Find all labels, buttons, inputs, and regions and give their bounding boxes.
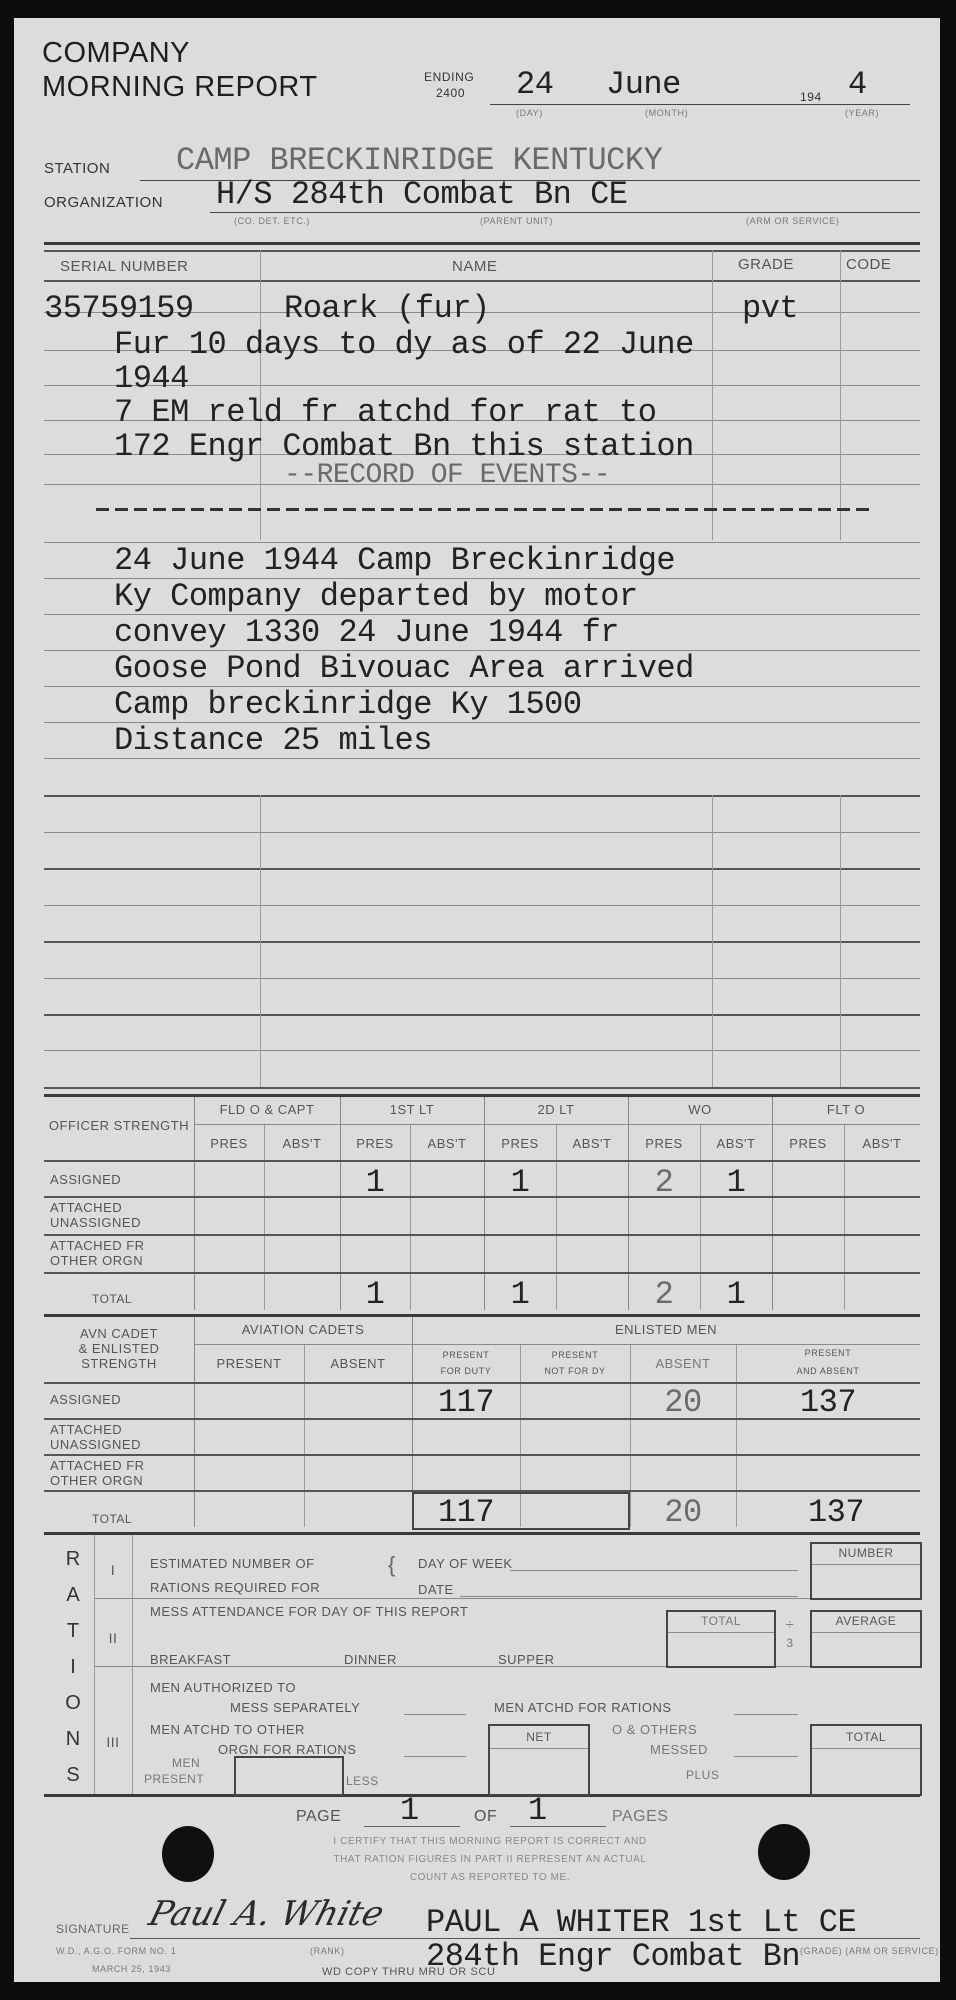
ending-label-top: ENDING bbox=[424, 70, 474, 84]
brace-icon: { bbox=[388, 1552, 396, 1578]
col-present-for-duty-2: FOR DUTY bbox=[412, 1366, 520, 1376]
estimated-rations-label-1: ESTIMATED NUMBER OF bbox=[150, 1556, 315, 1571]
col-divider bbox=[410, 1124, 411, 1310]
report-day: 24 bbox=[516, 66, 553, 103]
divide-by: 3 bbox=[778, 1636, 802, 1650]
certify-line-2: THAT RATION FIGURES IN PART II REPRESENT… bbox=[260, 1854, 720, 1865]
row-assigned: ASSIGNED bbox=[50, 1392, 121, 1407]
officer-table-top bbox=[44, 1094, 920, 1097]
rations-bottom bbox=[44, 1794, 920, 1797]
entries-top-border-inner bbox=[44, 250, 920, 252]
men-present-label-2: PRESENT bbox=[144, 1772, 204, 1786]
rule bbox=[44, 1014, 920, 1016]
subcol-pres: PRES bbox=[772, 1136, 844, 1151]
events-dashed-line bbox=[96, 508, 872, 511]
col-present-for-duty-1: PRESENT bbox=[412, 1350, 520, 1360]
rule bbox=[44, 832, 920, 833]
subcol-abst: ABS'T bbox=[264, 1136, 340, 1151]
col-divider bbox=[844, 1124, 845, 1310]
group-enlisted-men: ENLISTED MEN bbox=[412, 1322, 920, 1337]
col-present-and-absent-1: PRESENT bbox=[736, 1348, 920, 1358]
entry-line: 1944 bbox=[114, 360, 189, 397]
officer-group: 2D LT bbox=[484, 1102, 628, 1117]
less-label: LESS bbox=[346, 1774, 379, 1788]
date-field[interactable] bbox=[460, 1596, 798, 1597]
rations-letter: R bbox=[58, 1548, 88, 1571]
mess-attendance-label: MESS ATTENDANCE FOR DAY OF THIS REPORT bbox=[150, 1604, 468, 1619]
o-others-field[interactable] bbox=[734, 1756, 798, 1757]
part-iii-numeral: III bbox=[94, 1734, 132, 1750]
enlisted-table-top bbox=[44, 1314, 920, 1317]
copy-note: WD COPY THRU MRU OR SCU bbox=[322, 1966, 496, 1978]
rule bbox=[194, 1124, 920, 1125]
col-cadet-present: PRESENT bbox=[194, 1356, 304, 1371]
date-label: DATE bbox=[418, 1582, 454, 1597]
col-present-and-absent-2: AND ABSENT bbox=[736, 1366, 920, 1376]
o-others-label-1: O & OTHERS bbox=[612, 1722, 697, 1737]
signature-label: SIGNATURE bbox=[56, 1922, 130, 1936]
supper-label: SUPPER bbox=[498, 1652, 554, 1667]
page-label: PAGE bbox=[296, 1808, 341, 1826]
col-present-not-for-duty-2: NOT FOR DY bbox=[520, 1366, 630, 1376]
col-divider bbox=[264, 1124, 265, 1310]
organization-label: ORGANIZATION bbox=[44, 194, 163, 211]
officer-assigned-wo-pres: 2 bbox=[628, 1164, 700, 1201]
rank-caption: (RANK) bbox=[310, 1946, 345, 1956]
row-attached-other-2: OTHER ORGN bbox=[50, 1253, 143, 1268]
subcol-abst: ABS'T bbox=[556, 1136, 628, 1151]
row-attached-unassigned-2: UNASSIGNED bbox=[50, 1437, 141, 1452]
day-of-week-label: DAY OF WEEK bbox=[418, 1556, 513, 1571]
part-i-numeral: I bbox=[94, 1562, 132, 1578]
certify-line-3: COUNT AS REPORTED TO ME. bbox=[260, 1872, 720, 1883]
officer-group: FLT O bbox=[772, 1102, 920, 1117]
rule bbox=[44, 941, 920, 943]
subcol-abst: ABS'T bbox=[844, 1136, 920, 1151]
rule bbox=[490, 1748, 588, 1749]
em-assigned-absent: 20 bbox=[630, 1384, 736, 1421]
em-total-absent: 20 bbox=[630, 1494, 736, 1531]
officer-total-1stlt-pres: 1 bbox=[340, 1276, 410, 1313]
rule bbox=[44, 1087, 920, 1089]
handwritten-signature: Paul A. White bbox=[145, 1894, 389, 1934]
estimated-rations-label-2: RATIONS REQUIRED FOR bbox=[150, 1580, 320, 1595]
o-others-label-2: MESSED bbox=[650, 1742, 708, 1757]
entry-line: 7 EM reld fr atchd for rat to bbox=[114, 394, 656, 431]
rations-letter: S bbox=[58, 1764, 88, 1787]
rule bbox=[44, 1272, 920, 1274]
month-caption: (MONTH) bbox=[645, 108, 688, 118]
enlisted-header-2: & ENLISTED bbox=[44, 1341, 194, 1356]
form-title-line2: MORNING REPORT bbox=[42, 70, 318, 104]
men-atchd-other-field[interactable] bbox=[404, 1756, 466, 1757]
row-attached-other-2: OTHER ORGN bbox=[50, 1473, 143, 1488]
rule bbox=[44, 1454, 920, 1456]
day-of-week-field[interactable] bbox=[510, 1570, 798, 1571]
station-label: STATION bbox=[44, 160, 110, 177]
col-present-not-for-duty-1: PRESENT bbox=[520, 1350, 630, 1360]
men-atchd-other-label-2: ORGN FOR RATIONS bbox=[218, 1742, 356, 1757]
rations-top bbox=[44, 1532, 920, 1535]
row-attached-unassigned-2: UNASSIGNED bbox=[50, 1215, 141, 1230]
divide-icon: ÷ bbox=[778, 1616, 802, 1632]
net-label: NET bbox=[488, 1730, 590, 1744]
station-value: CAMP BRECKINRIDGE KENTUCKY bbox=[176, 142, 662, 179]
report-year-digit: 4 bbox=[848, 66, 867, 103]
subcol-pres: PRES bbox=[484, 1136, 556, 1151]
date-underline bbox=[490, 104, 910, 105]
officer-assigned-2dlt-pres: 1 bbox=[484, 1164, 556, 1201]
officer-assigned-1stlt-pres: 1 bbox=[340, 1164, 410, 1201]
rule bbox=[44, 1196, 920, 1198]
officer-total-2dlt-pres: 1 bbox=[484, 1276, 556, 1313]
men-present-box[interactable] bbox=[234, 1756, 344, 1796]
event-line: Goose Pond Bivouac Area arrived bbox=[114, 650, 694, 687]
event-line: convey 1330 24 June 1944 fr bbox=[114, 614, 619, 651]
em-total-present-and-absent: 137 bbox=[736, 1494, 936, 1531]
form-title-line1: COMPANY bbox=[42, 36, 190, 70]
page-number: 1 bbox=[400, 1792, 419, 1829]
col-divider bbox=[556, 1124, 557, 1310]
punch-hole-left bbox=[162, 1826, 214, 1882]
enlisted-header-3: STRENGTH bbox=[44, 1356, 194, 1371]
number-box-label: NUMBER bbox=[810, 1546, 922, 1560]
entry-name: Roark (fur) bbox=[284, 290, 490, 327]
year-prefix: 194 bbox=[800, 90, 822, 104]
rule bbox=[44, 978, 920, 979]
col-grade: GRADE bbox=[738, 256, 794, 273]
row-attached-other-1: ATTACHED FR bbox=[50, 1238, 145, 1253]
rations-letter: N bbox=[58, 1728, 88, 1751]
officer-total-wo-pres: 2 bbox=[628, 1276, 700, 1313]
rule bbox=[194, 1344, 920, 1345]
col-divider bbox=[194, 1317, 195, 1527]
org-caption-parent: (PARENT UNIT) bbox=[480, 216, 553, 226]
event-line: Distance 25 miles bbox=[114, 722, 432, 759]
group-aviation-cadets: AVIATION CADETS bbox=[194, 1322, 412, 1337]
entries-top-border bbox=[44, 242, 920, 245]
year-caption: (YEAR) bbox=[845, 108, 879, 118]
form-date: MARCH 25, 1943 bbox=[92, 1964, 171, 1974]
org-caption-co: (CO. DET. ETC.) bbox=[234, 216, 310, 226]
report-month: June bbox=[606, 66, 681, 103]
em-assigned-present-and-absent: 137 bbox=[736, 1384, 920, 1421]
organization-value: H/S 284th Combat Bn CE bbox=[216, 176, 627, 213]
average-label: AVERAGE bbox=[810, 1614, 922, 1628]
em-assigned-present-for-duty: 117 bbox=[412, 1384, 520, 1421]
row-assigned: ASSIGNED bbox=[50, 1172, 121, 1187]
grade-caption: (GRADE) (ARM OR SERVICE) bbox=[800, 1946, 939, 1956]
subcol-pres: PRES bbox=[340, 1136, 410, 1151]
page-total: 1 bbox=[528, 1792, 547, 1829]
men-atchd-for-rations-label: MEN ATCHD FOR RATIONS bbox=[494, 1700, 672, 1715]
breakfast-label: BREAKFAST bbox=[150, 1652, 231, 1667]
entry-serial: 35759159 bbox=[44, 290, 194, 327]
event-line: 24 June 1944 Camp Breckinridge bbox=[114, 542, 675, 579]
rule bbox=[44, 1160, 920, 1162]
event-line: Ky Company departed by motor bbox=[114, 578, 638, 615]
col-name: NAME bbox=[452, 258, 497, 275]
part-ii-numeral: II bbox=[94, 1630, 132, 1646]
row-attached-unassigned-1: ATTACHED bbox=[50, 1200, 122, 1215]
row-attached-unassigned-1: ATTACHED bbox=[50, 1422, 122, 1437]
subcol-abst: ABS'T bbox=[410, 1136, 484, 1151]
entries-header-divider bbox=[44, 280, 920, 282]
punch-hole-right bbox=[758, 1824, 810, 1880]
col-divider bbox=[772, 1097, 773, 1310]
record-of-events-heading: --RECORD OF EVENTS-- bbox=[284, 460, 610, 491]
certify-line-1: I CERTIFY THAT THIS MORNING REPORT IS CO… bbox=[260, 1836, 720, 1847]
rule bbox=[94, 1598, 920, 1599]
rations-letter: A bbox=[58, 1584, 88, 1607]
col-divider bbox=[840, 250, 841, 540]
entry-line: Fur 10 days to dy as of 22 June bbox=[114, 326, 694, 363]
col-cadet-absent: ABSENT bbox=[304, 1356, 412, 1371]
row-attached-other-1: ATTACHED FR bbox=[50, 1458, 145, 1473]
men-authorized-label-1: MEN AUTHORIZED TO bbox=[150, 1680, 296, 1695]
entry-grade: pvt bbox=[742, 290, 798, 327]
subcol-pres: PRES bbox=[194, 1136, 264, 1151]
rations-total-label: TOTAL bbox=[810, 1730, 922, 1744]
col-divider bbox=[712, 795, 713, 1087]
men-atchd-for-rations-field[interactable] bbox=[734, 1714, 798, 1715]
col-code: CODE bbox=[846, 256, 891, 273]
men-authorized-field[interactable] bbox=[404, 1714, 466, 1715]
col-divider bbox=[132, 1535, 133, 1795]
men-present-label-1: MEN bbox=[172, 1756, 200, 1770]
officer-strength-header: OFFICER STRENGTH bbox=[44, 1118, 194, 1134]
rule bbox=[812, 1632, 920, 1633]
rule bbox=[44, 795, 920, 797]
event-line: Camp breckinridge Ky 1500 bbox=[114, 686, 582, 723]
col-em-absent: ABSENT bbox=[630, 1356, 736, 1371]
rule bbox=[812, 1748, 920, 1749]
men-atchd-other-label-1: MEN ATCHD TO OTHER bbox=[150, 1722, 305, 1737]
row-total: TOTAL bbox=[92, 1292, 132, 1306]
rule bbox=[44, 1050, 920, 1051]
plus-label: PLUS bbox=[686, 1768, 719, 1782]
rule bbox=[44, 905, 920, 906]
signer-name-typed: PAUL A WHITER 1st Lt CE bbox=[426, 1904, 856, 1941]
officer-total-wo-abst: 1 bbox=[700, 1276, 772, 1313]
officer-group: 1ST LT bbox=[340, 1102, 484, 1117]
day-caption: (DAY) bbox=[516, 108, 543, 118]
enlisted-header-1: AVN CADET bbox=[44, 1326, 194, 1341]
col-divider bbox=[260, 795, 261, 1087]
officer-group: WO bbox=[628, 1102, 772, 1117]
col-serial-number: SERIAL NUMBER bbox=[60, 258, 188, 275]
em-total-present-for-duty: 117 bbox=[412, 1494, 520, 1531]
rule bbox=[668, 1632, 774, 1633]
officer-group: FLD O & CAPT bbox=[194, 1102, 340, 1117]
rations-letter: I bbox=[58, 1656, 88, 1679]
rule bbox=[44, 1234, 920, 1236]
ending-label-bottom: 2400 bbox=[436, 86, 465, 100]
col-divider bbox=[194, 1097, 195, 1310]
form-number: W.D., A.G.O. FORM NO. 1 bbox=[56, 1946, 176, 1956]
dinner-label: DINNER bbox=[344, 1652, 397, 1667]
rule bbox=[812, 1564, 920, 1565]
rule bbox=[44, 868, 920, 870]
officer-assigned-wo-abst: 1 bbox=[700, 1164, 772, 1201]
col-divider bbox=[304, 1344, 305, 1527]
rations-letter: O bbox=[58, 1692, 88, 1715]
rations-letter: T bbox=[58, 1620, 88, 1643]
col-divider bbox=[840, 795, 841, 1087]
mess-total-label: TOTAL bbox=[666, 1614, 776, 1628]
col-divider bbox=[712, 250, 713, 540]
row-total: TOTAL bbox=[92, 1512, 132, 1526]
subcol-pres: PRES bbox=[628, 1136, 700, 1151]
of-label: OF bbox=[474, 1808, 497, 1826]
subcol-abst: ABS'T bbox=[700, 1136, 772, 1151]
men-authorized-label-2: MESS SEPARATELY bbox=[230, 1700, 360, 1715]
pages-label: PAGES bbox=[612, 1808, 668, 1826]
org-caption-arm: (ARM OR SERVICE) bbox=[746, 216, 839, 226]
rule bbox=[510, 1826, 606, 1827]
